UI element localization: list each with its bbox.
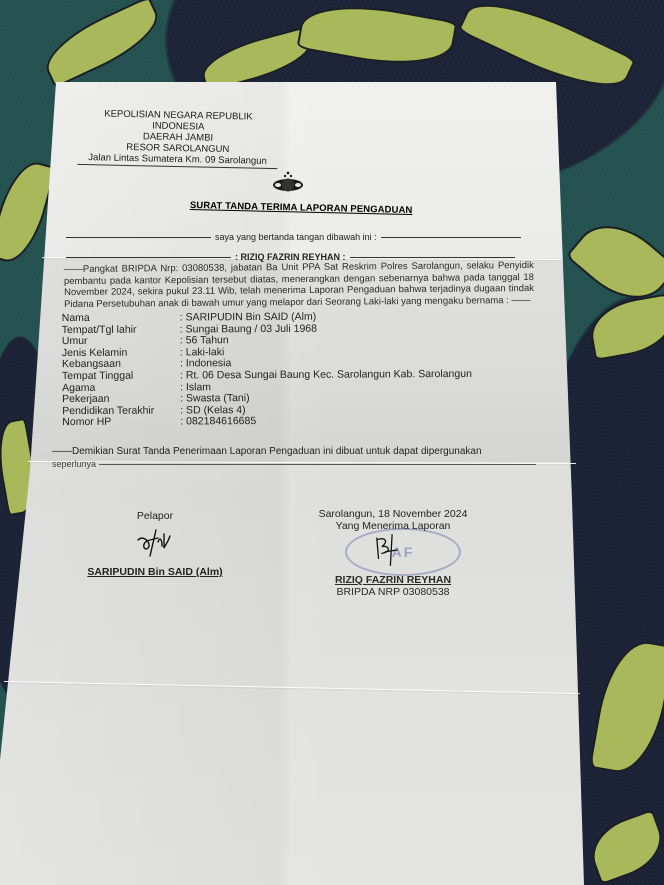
dash-line [66,257,231,258]
statement-paragraph: ——Pangkat BRIPDA Nrp: 03080538, jabatan … [64,260,534,310]
fabric-leaf-pattern [589,635,664,778]
officer-name: : RIZIQ FAZRIN REYHAN : [235,252,346,262]
police-emblem-icon [268,170,308,194]
field-row: Nomor HP: 082184616685 [62,415,472,429]
reporter-role: Pelapor [80,510,230,522]
fabric-leaf-pattern [586,293,664,361]
dash-line [381,237,521,238]
fabric-leaf-pattern [296,0,457,75]
dash-line [99,464,536,465]
intro-text: saya yang bertanda tangan dibawah ini : [215,232,377,242]
field-value: : 082184616685 [180,416,256,428]
dash-line [66,237,211,238]
closing-text: ——Demikian Surat Tanda Penerimaan Lapora… [52,446,536,458]
fabric-leaf-pattern [583,809,664,885]
letterhead: KEPOLISIAN NEGARA REPUBLIK INDONESIA DAE… [77,108,278,169]
closing-end: seperlunya [52,458,536,470]
reporter-signature-icon [136,526,176,558]
fabric-leaf-pattern [37,0,168,88]
receiver-signature-block: Sarolangun, 18 November 2024 Yang Meneri… [308,508,478,598]
intro-line: saya yang bertanda tangan dibawah ini : [66,232,521,242]
reporter-name: SARIPUDIN Bin SAID (Alm) [80,566,230,578]
field-value: : Rt. 06 Desa Sungai Baung Kec. Sarolang… [180,369,472,382]
receiver-rank-nrp: BRIPDA NRP 03080538 [308,586,478,598]
receiver-name: RIZIQ FAZRIN REYHAN [308,574,478,586]
field-row: Tempat Tinggal: Rt. 06 Desa Sungai Baung… [62,369,472,383]
field-label: Nomor HP [62,417,180,429]
closing-paragraph: ——Demikian Surat Tanda Penerimaan Lapora… [52,446,536,470]
field-label: Tempat Tinggal [62,370,180,382]
dash-line [350,257,515,258]
closing-end-text: seperlunya [52,458,96,470]
place-date: Sarolangun, 18 November 2024 [308,508,478,520]
receiver-signature-icon [370,530,404,570]
reporter-fields: Nama: SARIPUDIN Bin SAID (Alm) Tempat/Tg… [62,311,472,429]
reporter-signature-block: Pelapor SARIPUDIN Bin SAID (Alm) [80,510,230,578]
